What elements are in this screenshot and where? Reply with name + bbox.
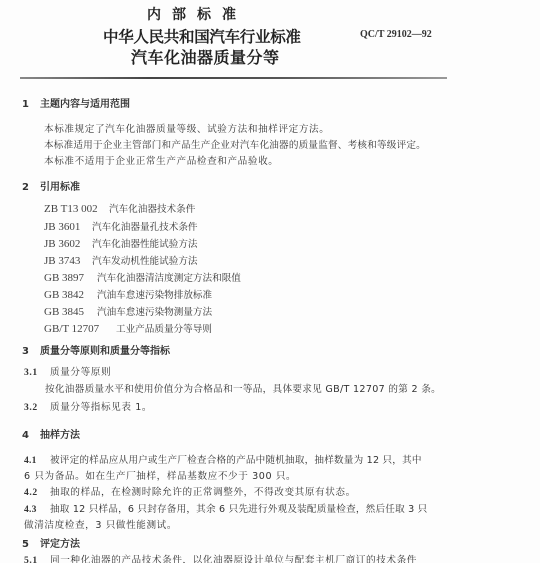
subsection-text: 抽取 12 只样品，6 只封存备用，其余 6 只先进行外观及装配质量检查，然后任… <box>50 504 427 515</box>
section-5-heading: 5评定方法 <box>22 535 80 550</box>
reference-code: JB 3602 <box>44 238 92 250</box>
section-number: 2 <box>22 182 38 193</box>
subsection-5-1: 5.1同一种化油器的产品技术条件，以化油器原设计单位与配套主机厂商订的技术条件 <box>24 552 417 563</box>
reference-code: GB 3897 <box>44 272 97 284</box>
subsection-number: 4.1 <box>24 455 46 466</box>
paragraph: 本标准适用于企业主管部门和产品生产企业对汽车化油器的质量监督、考核和等级评定。 <box>44 137 426 151</box>
reference-title: 汽车化油器技术条件 <box>109 204 195 215</box>
subsection-text: 抽取的样品，在检测时除允许的正常调整外，不得改变其原有状态。 <box>50 487 356 498</box>
paragraph: 按化油器质量水平和使用价值分为合格品和一等品，具体要求见 GB/T 12707 … <box>45 381 441 395</box>
reference-title: 汽油车怠速污染物排放标准 <box>97 290 212 301</box>
reference-item: GB 3897汽车化油器清洁度测定方法和限值 <box>44 270 241 284</box>
reference-code: GB/T 12707 <box>44 323 116 335</box>
reference-item: GB/T 12707工业产品质量分等导则 <box>44 321 212 335</box>
section-number: 3 <box>22 346 38 357</box>
reference-title: 工业产品质量分等导则 <box>116 324 212 335</box>
document-title: 汽车化油器质量分等 <box>131 45 280 68</box>
section-title: 质量分等原则和质量分等指标 <box>40 346 170 357</box>
section-1-heading: 1主题内容与适用范围 <box>22 95 130 110</box>
subsection-4-1: 4.1被评定的样品应从用户或生产厂检查合格的产品中随机抽取，抽样数量为 12 只… <box>24 452 422 466</box>
reference-code: GB 3842 <box>44 289 97 301</box>
section-title: 抽样方法 <box>40 430 80 441</box>
subsection-number: 3.2 <box>24 402 46 413</box>
national-standard-title: 中华人民共和国汽车行业标准 <box>103 25 301 47</box>
section-4-heading: 4抽样方法 <box>22 426 80 441</box>
paragraph: 本标准不适用于企业正常生产产品检查和产品验收。 <box>44 153 278 167</box>
section-title: 主题内容与适用范围 <box>40 99 130 110</box>
subsection-number: 5.1 <box>24 555 46 563</box>
subsection-3-1-heading: 3.1质量分等原则 <box>24 364 111 378</box>
section-3-heading: 3质量分等原则和质量分等指标 <box>22 342 170 357</box>
paragraph: 本标准规定了汽车化油器质量等级、试验方法和抽样评定方法。 <box>44 121 329 135</box>
reference-code: JB 3601 <box>44 221 92 233</box>
reference-title: 汽油车怠速污染物测量方法 <box>97 307 212 318</box>
internal-standard-label: 内部标准 <box>0 4 540 24</box>
reference-code: JB 3743 <box>44 255 92 267</box>
section-number: 1 <box>22 99 38 110</box>
reference-title: 汽车化油器清洁度测定方法和限值 <box>97 273 241 284</box>
subsection-text: 质量分等指标见表 1。 <box>50 402 152 413</box>
reference-item: JB 3743汽车发动机性能试验方法 <box>44 253 198 267</box>
subsection-3-2: 3.2质量分等指标见表 1。 <box>24 399 152 413</box>
reference-item: JB 3601汽车化油器量孔技术条件 <box>44 219 198 233</box>
section-number: 5 <box>22 539 38 550</box>
standard-code: QC/T 29102—92 <box>360 29 432 40</box>
reference-title: 汽车化油器量孔技术条件 <box>92 222 198 233</box>
header-rule <box>20 77 447 79</box>
reference-code: ZB T13 002 <box>44 203 109 215</box>
reference-title: 汽车发动机性能试验方法 <box>92 256 198 267</box>
reference-item: JB 3602汽车化油器性能试验方法 <box>44 236 198 250</box>
subsection-number: 3.1 <box>24 367 46 378</box>
reference-item: GB 3842汽油车怠速污染物排放标准 <box>44 287 212 301</box>
subsection-text: 同一种化油器的产品技术条件，以化油器原设计单位与配套主机厂商订的技术条件 <box>50 555 417 563</box>
subsection-4-2: 4.2抽取的样品，在检测时除允许的正常调整外，不得改变其原有状态。 <box>24 484 356 498</box>
section-number: 4 <box>22 430 38 441</box>
subsection-text: 被评定的样品应从用户或生产厂检查合格的产品中随机抽取，抽样数量为 12 只，其中 <box>50 455 422 466</box>
reference-item: ZB T13 002汽车化油器技术条件 <box>44 201 195 215</box>
subsection-title: 质量分等原则 <box>50 367 111 378</box>
paragraph-continuation: 6 只为备品。如在生产厂抽样，样品基数应不少于 300 只。 <box>24 468 296 482</box>
subsection-4-3: 4.3抽取 12 只样品，6 只封存备用，其余 6 只先进行外观及装配质量检查，… <box>24 501 427 515</box>
reference-item: GB 3845汽油车怠速污染物测量方法 <box>44 304 212 318</box>
subsection-number: 4.2 <box>24 487 46 498</box>
section-2-heading: 2引用标准 <box>22 178 80 193</box>
reference-title: 汽车化油器性能试验方法 <box>92 239 198 250</box>
paragraph-continuation: 做清洁度检查，3 只做性能测试。 <box>24 517 177 531</box>
section-title: 评定方法 <box>40 539 80 550</box>
subsection-number: 4.3 <box>24 504 46 515</box>
section-title: 引用标准 <box>40 182 80 193</box>
reference-code: GB 3845 <box>44 306 97 318</box>
